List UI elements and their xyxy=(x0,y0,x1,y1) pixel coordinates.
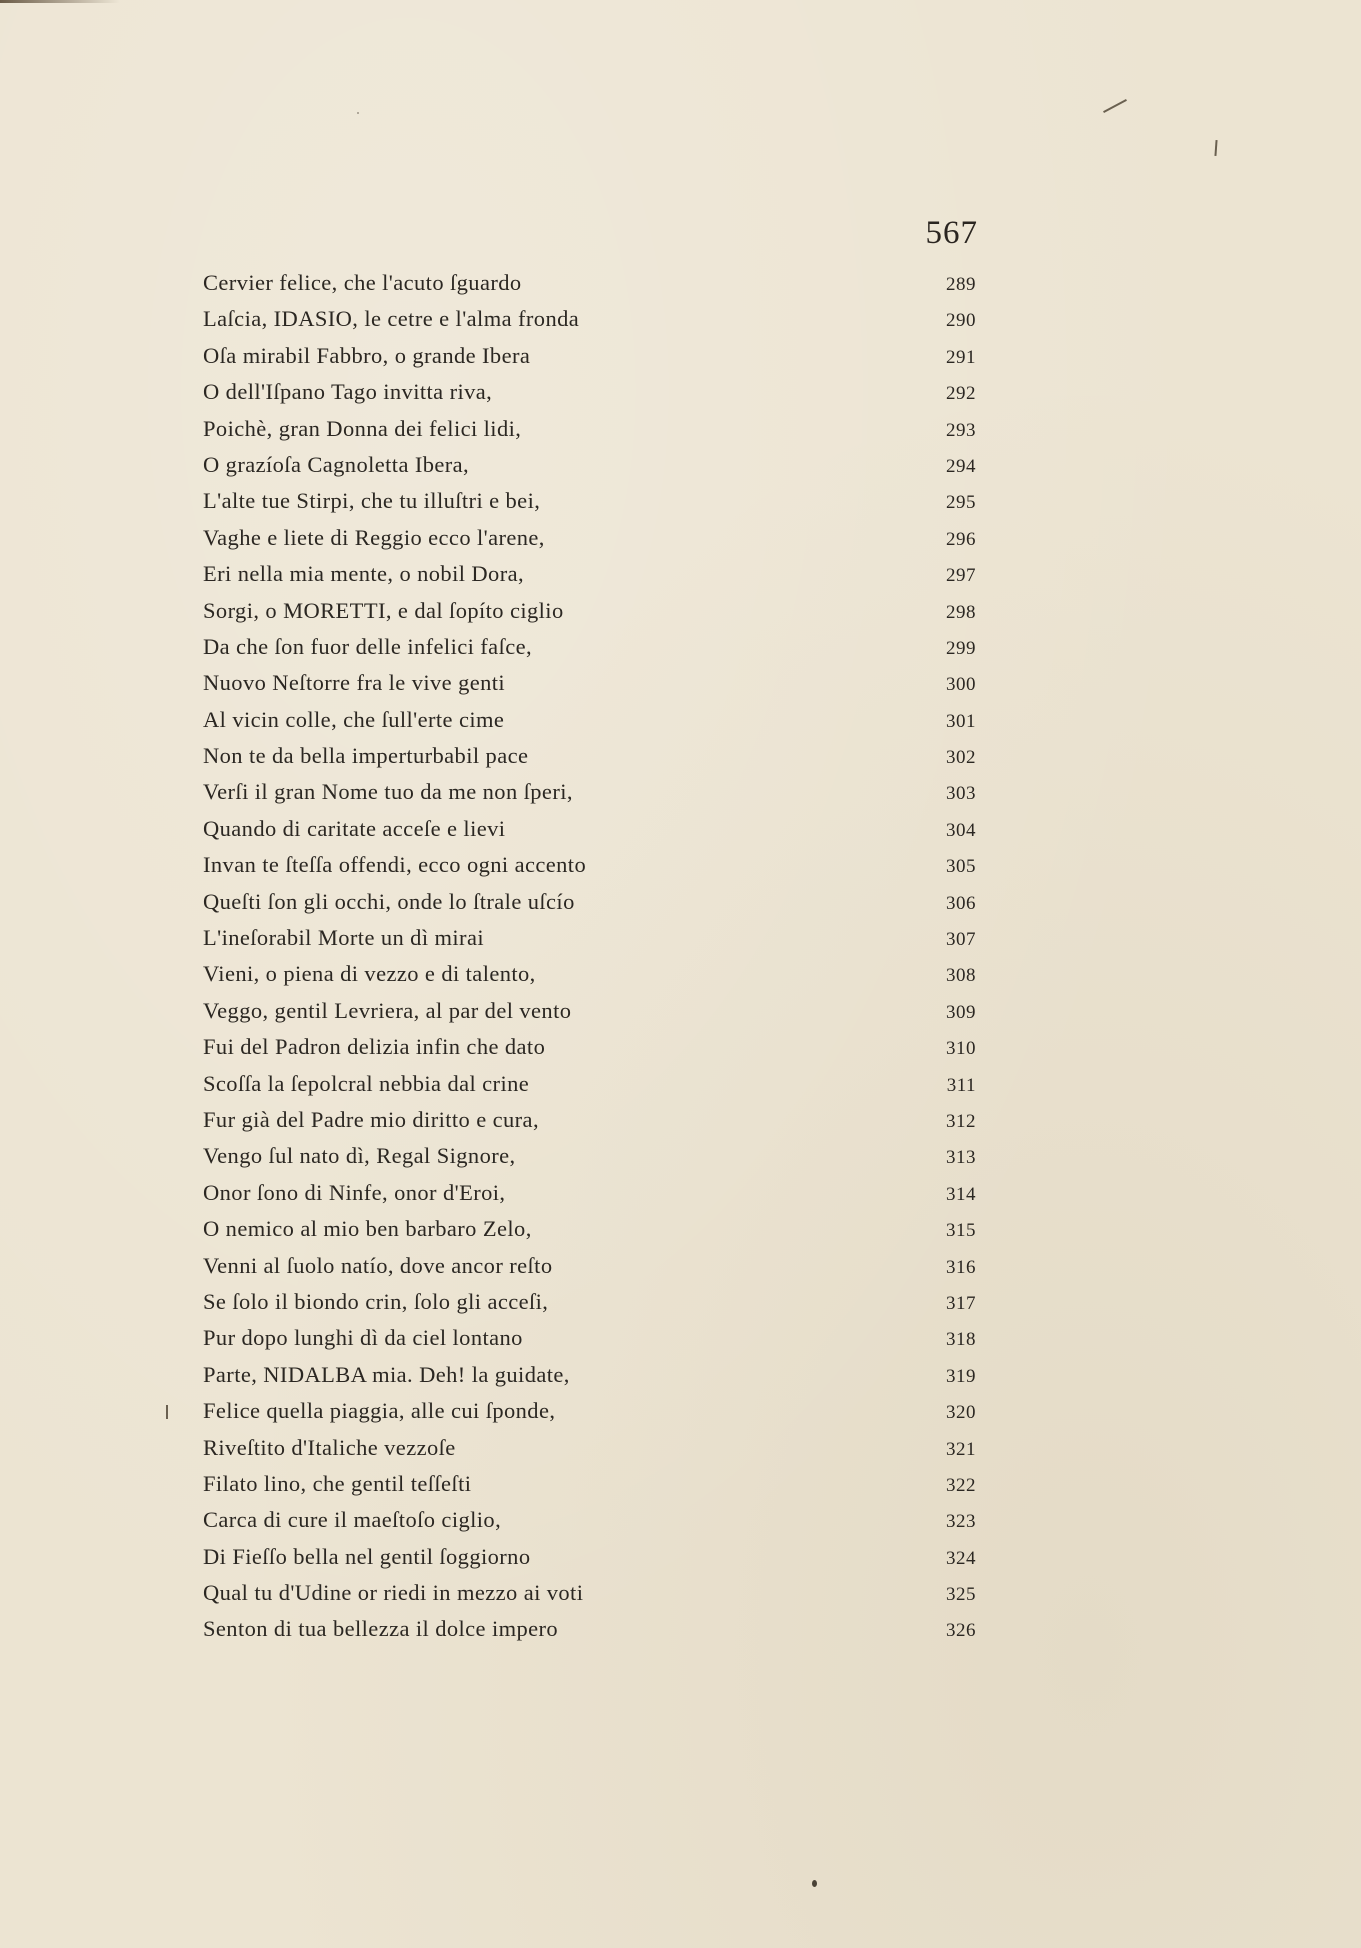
entry-page-number: 311 xyxy=(947,1068,978,1104)
index-entry: Fui del Padron delizia infin che dato310 xyxy=(203,1029,978,1065)
index-entry: Nuovo Neſtorre fra le vive genti300 xyxy=(203,665,978,701)
entry-page-number: 325 xyxy=(946,1577,978,1613)
entry-first-line: Invan te ſteſſa offendi, ecco ogni accen… xyxy=(203,847,586,883)
entry-page-number: 313 xyxy=(946,1140,978,1176)
entry-page-number: 300 xyxy=(946,667,978,703)
index-entry: O nemico al mio ben barbaro Zelo,315 xyxy=(203,1211,978,1247)
entry-page-number: 322 xyxy=(946,1468,978,1504)
entry-page-number: 302 xyxy=(946,740,978,776)
entry-first-line: Onor ſono di Ninfe, onor d'Eroi, xyxy=(203,1175,505,1211)
entry-first-line: Riveſtito d'Italiche vezzoſe xyxy=(203,1430,456,1466)
index-entry: Veggo, gentil Levriera, al par del vento… xyxy=(203,993,978,1029)
book-page: 567 Cervier felice, che l'acuto ſguardo2… xyxy=(0,0,1361,1948)
entry-page-number: 319 xyxy=(946,1359,978,1395)
first-lines-index: Cervier felice, che l'acuto ſguardo289 L… xyxy=(203,265,978,1648)
entry-page-number: 323 xyxy=(946,1504,978,1540)
entry-first-line: Di Fieſſo bella nel gentil ſoggiorno xyxy=(203,1539,530,1575)
entry-page-number: 320 xyxy=(946,1395,978,1431)
entry-page-number: 317 xyxy=(946,1286,978,1322)
index-entry: L'ineſorabil Morte un dì mirai307 xyxy=(203,920,978,956)
index-entry: Da che ſon fuor delle infelici faſce,299 xyxy=(203,629,978,665)
index-entry: Vieni, o piena di vezzo e di talento,308 xyxy=(203,956,978,992)
entry-page-number: 292 xyxy=(946,376,978,412)
index-entry: Vengo ſul nato dì, Regal Signore,313 xyxy=(203,1138,978,1174)
entry-first-line: Felice quella piaggia, alle cui ſponde, xyxy=(203,1393,555,1429)
entry-page-number: 307 xyxy=(946,922,978,958)
entry-page-number: 293 xyxy=(946,413,978,449)
index-entry: Fur già del Padre mio diritto e cura,312 xyxy=(203,1102,978,1138)
index-entry: Cervier felice, che l'acuto ſguardo289 xyxy=(203,265,978,301)
paper-mark xyxy=(1103,99,1127,113)
paper-speck xyxy=(357,112,359,114)
entry-first-line: Scoſſa la ſepolcral nebbia dal crine xyxy=(203,1066,529,1102)
entry-page-number: 304 xyxy=(946,813,978,849)
entry-page-number: 289 xyxy=(946,267,978,303)
entry-first-line: Vieni, o piena di vezzo e di talento, xyxy=(203,956,536,992)
index-entry: Onor ſono di Ninfe, onor d'Eroi,314 xyxy=(203,1175,978,1211)
index-entry: Qual tu d'Udine or riedi in mezzo ai vot… xyxy=(203,1575,978,1611)
index-entry: Verſi il gran Nome tuo da me non ſperi,3… xyxy=(203,774,978,810)
entry-first-line: Verſi il gran Nome tuo da me non ſperi, xyxy=(203,774,573,810)
index-entry: Al vicin colle, che ſull'erte cime301 xyxy=(203,702,978,738)
index-entry: Di Fieſſo bella nel gentil ſoggiorno324 xyxy=(203,1539,978,1575)
index-entry: Carca di cure il maeſtoſo ciglio,323 xyxy=(203,1502,978,1538)
index-entry: Poichè, gran Donna dei felici lidi,293 xyxy=(203,411,978,447)
entry-first-line: Fui del Padron delizia infin che dato xyxy=(203,1029,545,1065)
entry-first-line: Quando di caritate acceſe e lievi xyxy=(203,811,505,847)
paper-speck xyxy=(812,1880,817,1887)
index-entry: Venni al ſuolo natío, dove ancor reſto31… xyxy=(203,1248,978,1284)
index-entry: Invan te ſteſſa offendi, ecco ogni accen… xyxy=(203,847,978,883)
index-entry: Riveſtito d'Italiche vezzoſe321 xyxy=(203,1430,978,1466)
entry-first-line: Qual tu d'Udine or riedi in mezzo ai vot… xyxy=(203,1575,583,1611)
entry-first-line: L'ineſorabil Morte un dì mirai xyxy=(203,920,484,956)
entry-page-number: 290 xyxy=(946,303,978,339)
index-entry: Se ſolo il biondo crin, ſolo gli acceſi,… xyxy=(203,1284,978,1320)
paper-mark xyxy=(1214,140,1217,156)
entry-page-number: 305 xyxy=(946,849,978,885)
entry-page-number: 306 xyxy=(946,886,978,922)
entry-first-line: Se ſolo il biondo crin, ſolo gli acceſi, xyxy=(203,1284,548,1320)
entry-first-line: Venni al ſuolo natío, dove ancor reſto xyxy=(203,1248,552,1284)
entry-first-line: O dell'Iſpano Tago invitta riva, xyxy=(203,374,492,410)
entry-first-line: Senton di tua bellezza il dolce impero xyxy=(203,1611,558,1647)
index-entry: O grazíoſa Cagnoletta Ibera,294 xyxy=(203,447,978,483)
entry-page-number: 321 xyxy=(946,1432,978,1468)
entry-page-number: 296 xyxy=(946,522,978,558)
entry-page-number: 301 xyxy=(946,704,978,740)
index-entry: Quando di caritate acceſe e lievi304 xyxy=(203,811,978,847)
index-entry: Senton di tua bellezza il dolce impero32… xyxy=(203,1611,978,1647)
entry-first-line: L'alte tue Stirpi, che tu illuſtri e bei… xyxy=(203,483,540,519)
index-entry: Scoſſa la ſepolcral nebbia dal crine311 xyxy=(203,1066,978,1102)
entry-first-line: Filato lino, che gentil teſſeſti xyxy=(203,1466,471,1502)
index-entry: Felice quella piaggia, alle cui ſponde,3… xyxy=(203,1393,978,1429)
entry-first-line: Carca di cure il maeſtoſo ciglio, xyxy=(203,1502,501,1538)
entry-page-number: 298 xyxy=(946,595,978,631)
index-entry: Laſcia, IDASIO, le cetre e l'alma fronda… xyxy=(203,301,978,337)
entry-first-line: O grazíoſa Cagnoletta Ibera, xyxy=(203,447,469,483)
entry-first-line: O nemico al mio ben barbaro Zelo, xyxy=(203,1211,532,1247)
index-entry: L'alte tue Stirpi, che tu illuſtri e bei… xyxy=(203,483,978,519)
entry-page-number: 318 xyxy=(946,1322,978,1358)
entry-page-number: 291 xyxy=(946,340,978,376)
entry-first-line: Non te da bella imperturbabil pace xyxy=(203,738,528,774)
index-entry: Pur dopo lunghi dì da ciel lontano318 xyxy=(203,1320,978,1356)
index-entry: Sorgi, o MORETTI, e dal ſopíto ciglio298 xyxy=(203,593,978,629)
entry-page-number: 299 xyxy=(946,631,978,667)
entry-page-number: 312 xyxy=(946,1104,978,1140)
entry-first-line: Oſa mirabil Fabbro, o grande Ibera xyxy=(203,338,530,374)
index-entry: Vaghe e liete di Reggio ecco l'arene,296 xyxy=(203,520,978,556)
entry-first-line: Cervier felice, che l'acuto ſguardo xyxy=(203,265,522,301)
entry-first-line: Poichè, gran Donna dei felici lidi, xyxy=(203,411,521,447)
entry-page-number: 316 xyxy=(946,1250,978,1286)
entry-page-number: 295 xyxy=(946,485,978,521)
entry-page-number: 314 xyxy=(946,1177,978,1213)
entry-first-line: Sorgi, o MORETTI, e dal ſopíto ciglio xyxy=(203,593,564,629)
entry-page-number: 326 xyxy=(946,1613,978,1649)
entry-first-line: Parte, NIDALBA mia. Deh! la guidate, xyxy=(203,1357,570,1393)
entry-first-line: Laſcia, IDASIO, le cetre e l'alma fronda xyxy=(203,301,579,337)
entry-first-line: Fur già del Padre mio diritto e cura, xyxy=(203,1102,539,1138)
entry-first-line: Nuovo Neſtorre fra le vive genti xyxy=(203,665,505,701)
entry-first-line: Queſti ſon gli occhi, onde lo ſtrale uſc… xyxy=(203,884,575,920)
index-entry: Oſa mirabil Fabbro, o grande Ibera291 xyxy=(203,338,978,374)
entry-page-number: 310 xyxy=(946,1031,978,1067)
entry-page-number: 324 xyxy=(946,1541,978,1577)
index-entry: Parte, NIDALBA mia. Deh! la guidate,319 xyxy=(203,1357,978,1393)
entry-page-number: 309 xyxy=(946,995,978,1031)
entry-first-line: Eri nella mia mente, o nobil Dora, xyxy=(203,556,524,592)
entry-page-number: 315 xyxy=(946,1213,978,1249)
entry-page-number: 297 xyxy=(946,558,978,594)
entry-first-line: Veggo, gentil Levriera, al par del vento xyxy=(203,993,571,1029)
entry-page-number: 294 xyxy=(946,449,978,485)
entry-first-line: Al vicin colle, che ſull'erte cime xyxy=(203,702,504,738)
entry-page-number: 303 xyxy=(946,776,978,812)
index-entry: Queſti ſon gli occhi, onde lo ſtrale uſc… xyxy=(203,884,978,920)
index-entry: Non te da bella imperturbabil pace302 xyxy=(203,738,978,774)
index-entry: Filato lino, che gentil teſſeſti322 xyxy=(203,1466,978,1502)
index-entry: Eri nella mia mente, o nobil Dora,297 xyxy=(203,556,978,592)
entry-first-line: Vengo ſul nato dì, Regal Signore, xyxy=(203,1138,516,1174)
page-edge-shadow xyxy=(0,0,120,3)
entry-first-line: Pur dopo lunghi dì da ciel lontano xyxy=(203,1320,523,1356)
entry-first-line: Da che ſon fuor delle infelici faſce, xyxy=(203,629,532,665)
entry-first-line: Vaghe e liete di Reggio ecco l'arene, xyxy=(203,520,545,556)
index-entry: O dell'Iſpano Tago invitta riva,292 xyxy=(203,374,978,410)
entry-page-number: 308 xyxy=(946,958,978,994)
page-number: 567 xyxy=(908,215,978,252)
paper-mark xyxy=(166,1405,168,1419)
